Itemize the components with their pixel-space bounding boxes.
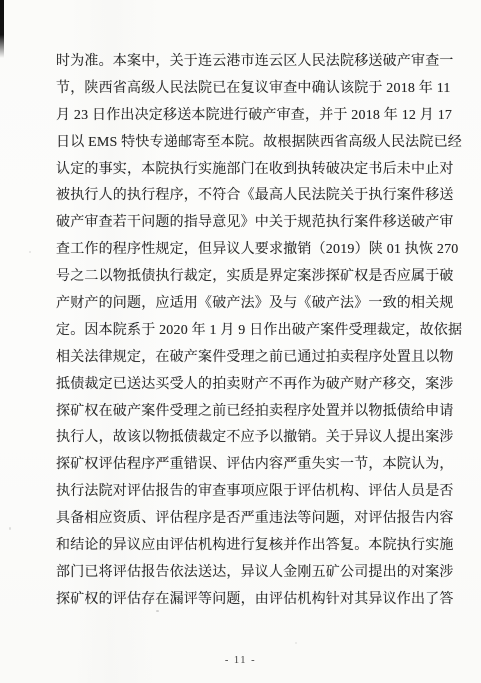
text-line: 执行人，故该以物抵债裁定不应予以撤销。关于异议人提出案涉 [56, 425, 449, 452]
text-line: 探矿权评估程序严重错误、评估内容严重失实一节，本院认为， [56, 452, 449, 479]
text-line: 和结论的异议应由评估机构进行复核并作出答复。本院执行实施 [56, 533, 449, 560]
text-line: 被执行人的执行程序，不符合《最高人民法院关于执行案件移送 [56, 183, 449, 210]
text-line: 号之二以物抵债执行裁定，实质是界定案涉探矿权是否应属于破 [56, 264, 449, 291]
text-line: 认定的事实，本院执行实施部门在收到执转破决定书后未中止对 [56, 157, 449, 184]
text-line: 探矿权在破产案件受理之前已经拍卖程序处置并以物抵债给申请 [56, 399, 449, 426]
document-page: 时为准。本案中，关于连云港市连云区人民法院移送破产审查一 节，陕西省高级人民法院… [0, 0, 481, 683]
text-line: 产财产的问题，应适用《破产法》及与《破产法》一致的相关规 [56, 291, 449, 318]
text-line: 部门已将评估报告依法送达，异议人金刚五矿公司提出的对案涉 [56, 560, 449, 587]
text-line: 抵债裁定已送达买受人的拍卖财产不再作为破产财产移交，案涉 [56, 372, 449, 399]
text-line: 具备相应资质、评估程序是否严重违法等问题，对评估报告内容 [56, 506, 449, 533]
text-line: 月 23 日作出决定移送本院进行破产审查，并于 2018 年 12 月 17 [56, 103, 449, 130]
body-text: 时为准。本案中，关于连云港市连云区人民法院移送破产审查一 节，陕西省高级人民法院… [56, 49, 449, 614]
text-line: 节，陕西省高级人民法院已在复议审查中确认该院于 2018 年 11 [56, 76, 449, 103]
text-line: 日以 EMS 特快专递邮寄至本院。故根据陕西省高级人民法院已经 [56, 130, 449, 157]
text-line: 探矿权的评估存在漏评等问题，由评估机构针对其异议作出了答 [56, 587, 449, 614]
scan-speck [9, 527, 11, 530]
text-line: 破产审查若干问题的指导意见》中关于规范执行案件移送破产审 [56, 210, 449, 237]
scan-corner-artifact [0, 0, 4, 58]
scan-speck [295, 642, 297, 644]
text-line: 相关法律规定，在破产案件受理之前已通过拍卖程序处置且以物 [56, 345, 449, 372]
scan-speck [29, 251, 31, 253]
text-line: 查工作的程序性规定，但异议人要求撤销（2019）陕 01 执恢 270 [56, 237, 449, 264]
page-number: - 11 - [0, 655, 481, 666]
text-line: 执行法院对评估报告的审查事项应限于评估机构、评估人员是否 [56, 479, 449, 506]
text-line: 时为准。本案中，关于连云港市连云区人民法院移送破产审查一 [56, 49, 449, 76]
scan-speck [156, 610, 159, 612]
text-line: 定。因本院系于 2020 年 1 月 9 日作出破产案件受理裁定，故依据 [56, 318, 449, 345]
